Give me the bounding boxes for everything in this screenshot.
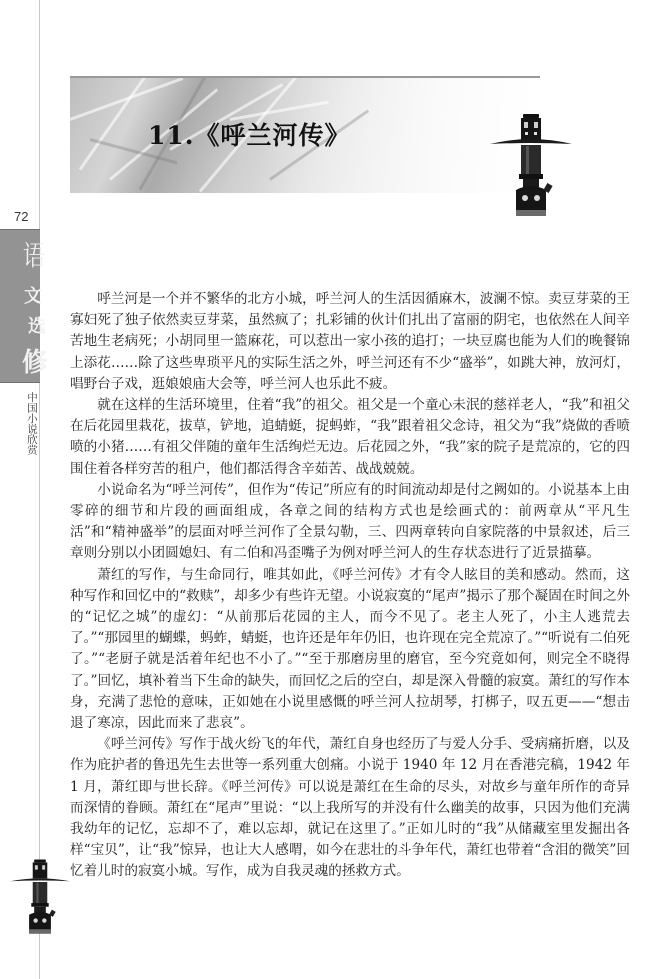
article-body: 呼兰河是一个并不繁华的北方小城，呼兰河人的生活因循麻木，波澜不惊。卖豆芽菜的王寡… bbox=[70, 289, 630, 883]
page-number: 72 bbox=[14, 209, 28, 224]
kerosene-lamp-icon bbox=[490, 112, 572, 222]
side-tab-char: 选 bbox=[28, 312, 46, 338]
page-title: 11.《呼兰河传》 bbox=[148, 116, 351, 152]
side-tab-char: 文 bbox=[24, 282, 42, 308]
paragraph: 小说命名为“呼兰河传”，但作为“传记”所应有的时间流动却是付之阙如的。小说基本上… bbox=[70, 480, 630, 565]
paragraph: 萧红的写作，与生命同行，唯其如此，《呼兰河传》才有令人眩目的美和感动。然而，这种… bbox=[70, 565, 630, 735]
paragraph: 呼兰河是一个并不繁华的北方小城，呼兰河人的生活因循麻木，波澜不惊。卖豆芽菜的王寡… bbox=[70, 289, 630, 395]
margin-rule bbox=[39, 0, 40, 979]
side-tab-yuwen-xuanxiu: 语 文 选 修 bbox=[0, 229, 40, 383]
paragraph: 《呼兰河传》写作于战火纷飞的年代，萧红自身也经历了与爱人分手、受病痛折磨，以及作… bbox=[70, 734, 630, 882]
paragraph: 就在这样的生活环境里，住着“我”的祖父。祖父是一个童心未泯的慈祥老人，“我”和祖… bbox=[70, 395, 630, 480]
side-subtitle: 中国小说欣赏 bbox=[24, 392, 38, 455]
side-tab-char: 语 bbox=[23, 234, 45, 274]
side-tab-char: 修 bbox=[22, 342, 48, 379]
kerosene-lamp-icon bbox=[10, 858, 70, 938]
